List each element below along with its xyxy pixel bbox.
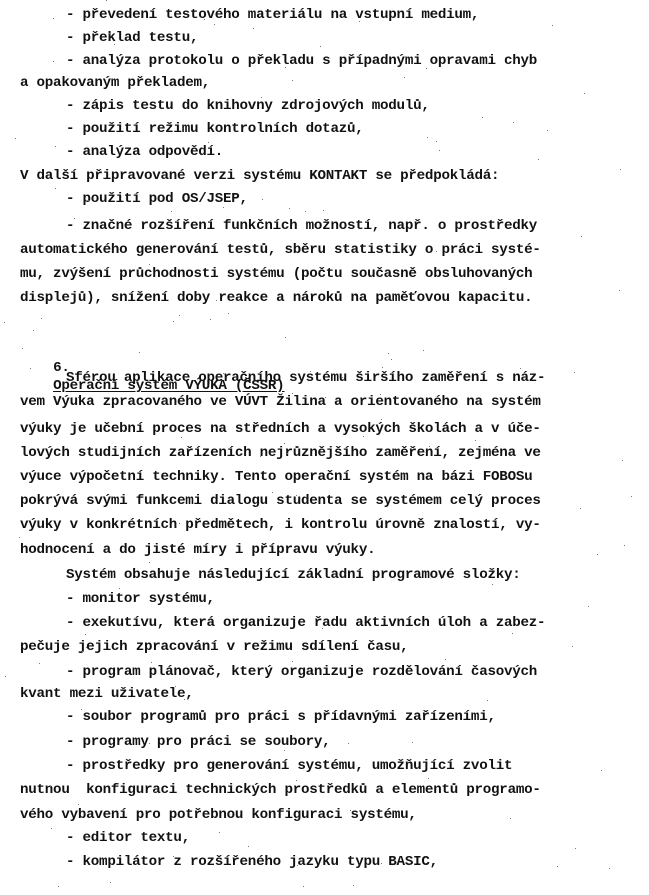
scan-speck	[350, 810, 351, 811]
text-line: mu, zvýšení průchodnosti systému (počtu …	[20, 265, 532, 283]
scan-speck	[557, 866, 558, 867]
scan-speck	[173, 321, 174, 322]
scan-speck	[181, 437, 182, 438]
scan-speck	[320, 46, 321, 47]
scan-speck	[580, 508, 581, 509]
scan-speck	[287, 453, 288, 454]
scan-speck	[285, 337, 286, 338]
scan-speck	[552, 25, 553, 26]
text-line: pokrývá svými funkcemi dialogu studenta …	[20, 492, 541, 510]
scan-speck	[572, 646, 573, 647]
scan-speck	[149, 743, 150, 744]
scan-speck	[465, 572, 466, 573]
scan-speck	[323, 210, 324, 211]
scan-speck	[492, 584, 493, 585]
scan-speck	[210, 319, 211, 320]
scan-speck	[19, 537, 20, 538]
text-line: výuce výpočetní techniky. Tento operační…	[20, 468, 532, 486]
scan-speck	[284, 750, 285, 751]
scan-speck	[314, 224, 315, 225]
text-line: automatického generování testů, sběru st…	[20, 241, 541, 259]
scan-speck	[597, 554, 598, 555]
scan-speck	[353, 885, 354, 886]
text-line: vem Výuka zpracovaného ve VÚVT Žilina a …	[20, 393, 541, 411]
text-line: lových studijních zařízeních nejrůznější…	[20, 444, 541, 462]
scan-speck	[322, 628, 323, 629]
text-line: - převedení testového materiálu na vstup…	[66, 6, 479, 24]
scan-speck	[482, 117, 483, 118]
scan-speck	[284, 443, 285, 444]
text-line: Sférou aplikace operačního systému širší…	[66, 369, 545, 387]
scan-speck	[538, 159, 539, 160]
scan-speck	[412, 742, 413, 743]
scan-speck	[342, 377, 343, 378]
scan-speck	[53, 61, 54, 62]
scan-speck	[129, 472, 130, 473]
scan-speck	[184, 699, 185, 700]
scan-speck	[609, 868, 610, 869]
scan-speck	[292, 661, 293, 662]
text-line: Systém obsahuje následující základní pro…	[66, 566, 521, 584]
scan-speck	[303, 886, 304, 887]
scan-speck	[388, 353, 389, 354]
scan-speck	[260, 456, 261, 457]
scan-speck	[575, 848, 576, 849]
scan-speck	[228, 313, 229, 314]
scan-speck	[423, 350, 424, 351]
scan-speck	[223, 373, 224, 374]
scan-speck	[179, 315, 180, 316]
scan-speck	[173, 856, 174, 857]
scan-speck	[33, 330, 34, 331]
scan-speck	[487, 700, 488, 701]
scan-speck	[151, 662, 152, 663]
scan-speck	[74, 218, 75, 219]
text-line: - exekutívu, která organizuje řadu aktiv…	[66, 614, 545, 632]
text-line: - překlad testu,	[66, 29, 198, 47]
scan-speck	[581, 236, 582, 237]
scan-speck	[292, 393, 293, 394]
text-line: výuky je učební proces na středních a vy…	[20, 420, 541, 438]
scan-speck	[436, 251, 437, 252]
scan-speck	[248, 846, 249, 847]
scan-speck	[50, 788, 51, 789]
scan-speck	[139, 352, 140, 353]
scan-speck	[50, 786, 51, 787]
scan-speck	[262, 199, 263, 200]
scan-speck	[305, 211, 306, 212]
scan-speck	[391, 359, 392, 360]
scan-speck	[512, 633, 513, 634]
scan-speck	[441, 578, 442, 579]
scan-speck	[55, 146, 56, 147]
scan-speck	[261, 97, 262, 98]
scan-speck	[149, 562, 150, 563]
text-line: a opakovaným překladem,	[20, 74, 210, 92]
scan-speck	[106, 0, 107, 1]
scan-speck	[110, 882, 111, 883]
scan-speck	[631, 496, 632, 497]
scan-speck	[458, 624, 459, 625]
text-line: - soubor programů pro práci s přídavnými…	[66, 708, 496, 726]
scan-speck	[380, 394, 381, 395]
scan-speck	[58, 886, 59, 887]
text-line: - použití režimu kontrolních dotazů,	[66, 120, 364, 138]
scan-speck	[381, 863, 382, 864]
scan-speck	[41, 318, 42, 319]
scan-speck	[214, 24, 215, 25]
scan-speck	[114, 44, 115, 45]
scan-speck	[363, 436, 364, 437]
scan-speck	[81, 709, 82, 710]
text-line: - programy pro práci se soubory,	[66, 733, 330, 751]
scan-speck	[120, 272, 121, 273]
scan-speck	[439, 150, 440, 151]
scan-speck	[285, 67, 286, 68]
scan-speck	[428, 778, 429, 779]
text-line: - monitor systému,	[66, 590, 215, 608]
scan-speck	[520, 368, 521, 369]
scan-speck	[318, 501, 319, 502]
scan-speck	[355, 295, 356, 296]
scan-speck	[223, 207, 224, 208]
scan-speck	[30, 368, 31, 369]
scan-speck	[149, 264, 150, 265]
scan-speck	[4, 322, 5, 323]
scan-speck	[119, 588, 120, 589]
scan-speck	[22, 348, 23, 349]
scan-speck	[426, 68, 427, 69]
scan-speck	[5, 676, 6, 677]
scan-speck	[175, 686, 176, 687]
scan-speck	[85, 634, 86, 635]
scan-speck	[219, 832, 220, 833]
scan-speck	[485, 573, 486, 574]
text-line: - značné rozšíření funkčních možností, n…	[66, 217, 537, 235]
scan-speck	[513, 122, 514, 123]
scan-speck	[109, 33, 110, 34]
scan-speck	[53, 18, 54, 19]
scan-speck	[171, 211, 172, 212]
scan-speck	[253, 28, 254, 29]
scan-speck	[292, 80, 293, 81]
text-line: - použití pod OS/JSEP,	[66, 190, 248, 208]
scan-speck	[427, 137, 428, 138]
scan-speck	[208, 142, 209, 143]
text-line: displejů), snížení doby reakce a nároků …	[20, 289, 532, 307]
scan-speck	[359, 21, 360, 22]
text-line: - prostředky pro generování systému, umo…	[66, 757, 512, 775]
scan-speck	[310, 371, 311, 372]
scan-speck	[78, 804, 79, 805]
scan-speck	[620, 169, 621, 170]
scan-speck	[15, 138, 16, 139]
scan-speck	[547, 130, 548, 131]
scan-speck	[272, 492, 273, 493]
scan-speck	[179, 523, 180, 524]
text-line: nutnou konfiguraci technických prostředk…	[20, 781, 541, 799]
scan-speck	[51, 828, 52, 829]
text-line: V další připravované verzi systému KONTA…	[20, 167, 499, 185]
scan-speck	[216, 300, 217, 301]
scan-speck	[382, 367, 383, 368]
scan-speck	[381, 419, 382, 420]
scan-speck	[39, 663, 40, 664]
scan-speck	[429, 446, 430, 447]
scan-speck	[82, 651, 83, 652]
scan-speck	[445, 659, 446, 660]
scan-speck	[86, 647, 87, 648]
text-line: - program plánovač, který organizuje roz…	[66, 663, 537, 681]
scan-speck	[99, 691, 100, 692]
text-line: hodnocení a do jisté míry i přípravu výu…	[20, 541, 375, 559]
scan-speck	[325, 397, 326, 398]
scan-speck	[289, 208, 290, 209]
text-line: - zápis testu do knihovny zdrojových mod…	[66, 97, 430, 115]
scan-speck	[154, 791, 155, 792]
scan-speck	[475, 440, 476, 441]
scan-speck	[404, 77, 405, 78]
text-line: kvant mezi uživatele,	[20, 685, 194, 703]
text-line: - editor textu,	[66, 829, 190, 847]
text-line: pečuje jejich zpracování v režimu sdílen…	[20, 638, 408, 656]
scan-speck	[296, 495, 297, 496]
scan-speck	[348, 743, 349, 744]
scan-speck	[348, 249, 349, 250]
scan-speck	[198, 812, 199, 813]
text-line: - analýza odpovědí.	[66, 143, 223, 161]
scan-speck	[78, 397, 79, 398]
scan-speck	[297, 865, 298, 866]
scan-speck	[436, 141, 437, 142]
scan-speck	[55, 188, 56, 189]
document-page: 6. Operační systém VÝUKA (ČSSR) - převed…	[0, 0, 649, 895]
scan-speck	[619, 290, 620, 291]
scan-speck	[296, 780, 297, 781]
text-line: - analýza protokolu o překladu s případn…	[66, 52, 537, 70]
scan-speck	[88, 200, 89, 201]
text-line: výuky v konkrétních předmětech, i kontro…	[20, 516, 541, 534]
scan-speck	[510, 818, 511, 819]
scan-speck	[584, 93, 585, 94]
scan-speck	[588, 606, 589, 607]
text-line: - kompilátor z rozšířeného jazyku typu B…	[66, 853, 438, 871]
scan-speck	[601, 770, 602, 771]
scan-speck	[204, 19, 205, 20]
scan-speck	[574, 372, 575, 373]
scan-speck	[624, 545, 625, 546]
text-line: vého vybavení pro potřebnou konfiguraci …	[20, 806, 417, 824]
scan-speck	[622, 460, 623, 461]
